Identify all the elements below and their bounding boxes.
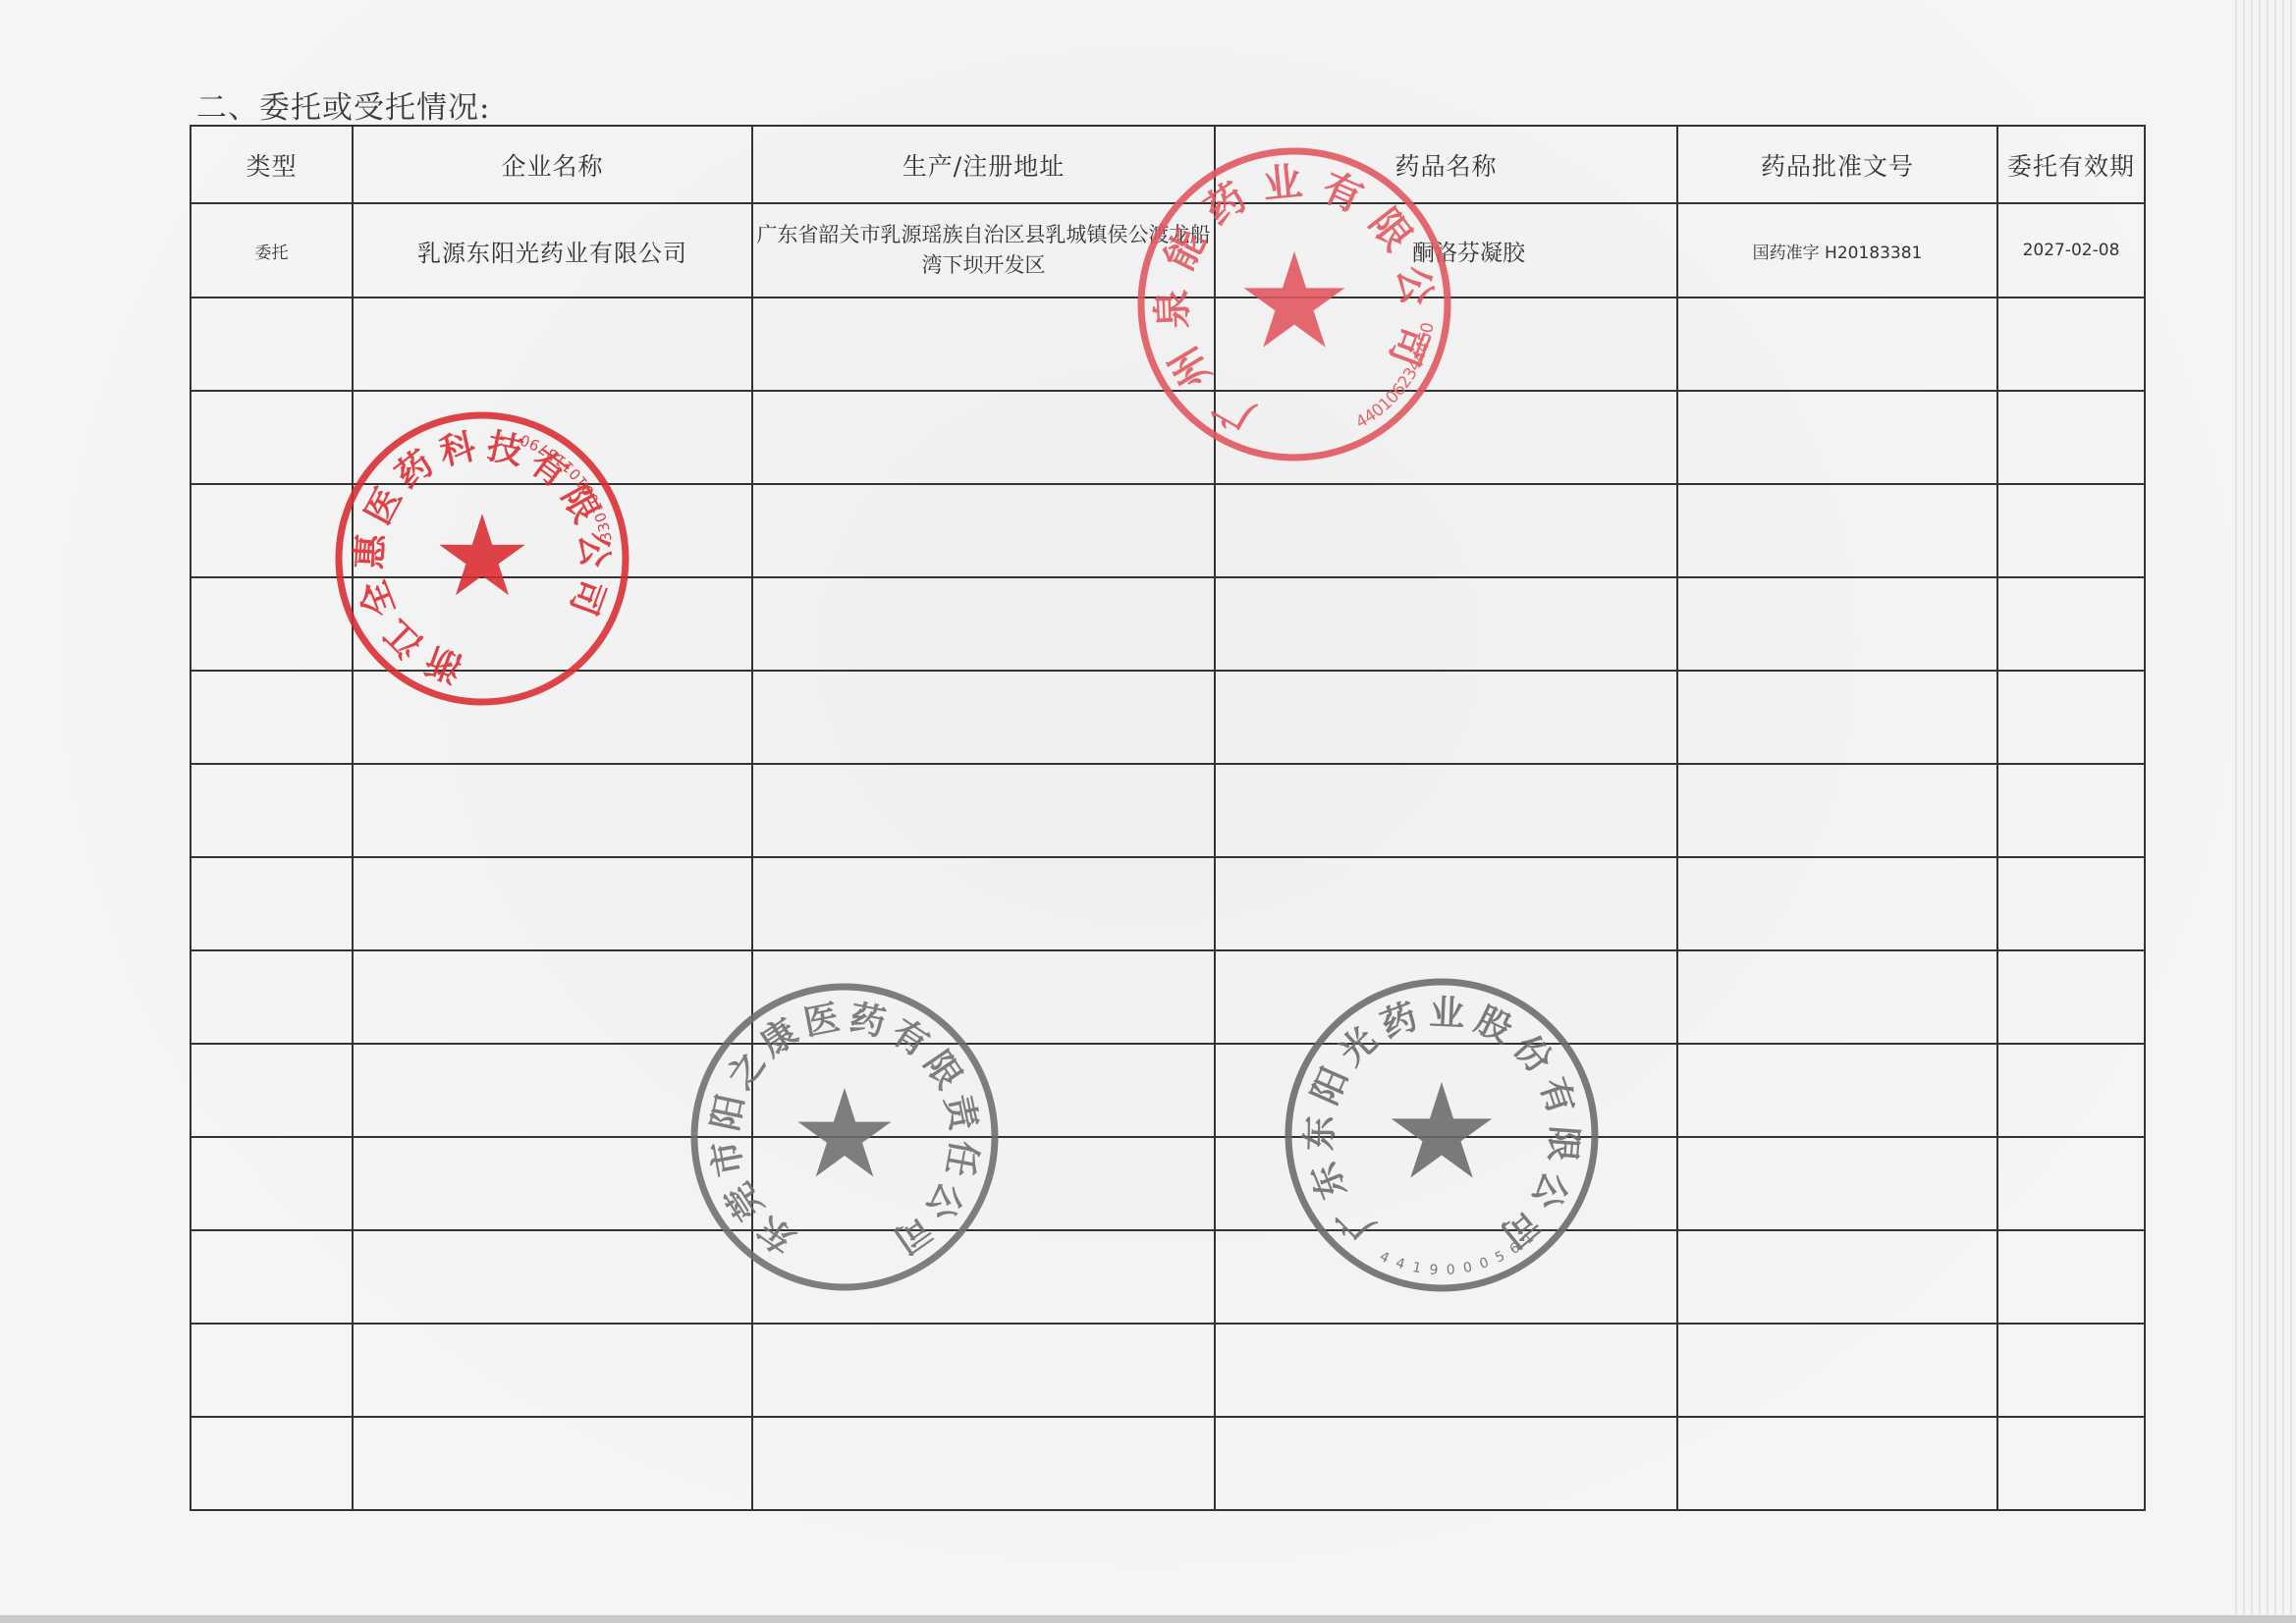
- table-row-empty: [191, 1230, 2145, 1324]
- empty-cell: [353, 1324, 752, 1417]
- cell-type: 委托: [191, 203, 353, 298]
- empty-cell: [1215, 577, 1677, 671]
- empty-cell: [1677, 1417, 1997, 1510]
- empty-cell: [1997, 764, 2145, 857]
- empty-cell: [191, 857, 353, 950]
- empty-cell: [752, 391, 1215, 484]
- empty-cell: [752, 577, 1215, 671]
- empty-cell: [1997, 1324, 2145, 1417]
- scan-artifact: [2229, 0, 2296, 1623]
- empty-cell: [1677, 484, 1997, 577]
- empty-cell: [1997, 671, 2145, 764]
- empty-cell: [752, 1044, 1215, 1137]
- empty-cell: [1215, 671, 1677, 764]
- empty-cell: [752, 1324, 1215, 1417]
- empty-cell: [353, 857, 752, 950]
- table-row-empty: [191, 391, 2145, 484]
- table-row-empty: [191, 1417, 2145, 1510]
- header-company: 企业名称: [353, 126, 752, 203]
- cell-validity: 2027-02-08: [1997, 203, 2145, 298]
- empty-cell: [1215, 484, 1677, 577]
- empty-cell: [1215, 1137, 1677, 1230]
- empty-cell: [752, 1230, 1215, 1324]
- empty-cell: [1997, 1044, 2145, 1137]
- empty-cell: [1677, 1230, 1997, 1324]
- empty-cell: [353, 1044, 752, 1137]
- empty-cell: [1677, 577, 1997, 671]
- table-row: 委托 乳源东阳光药业有限公司 广东省韶关市乳源瑶族自治区县乳城镇侯公渡龙船湾下坝…: [191, 203, 2145, 298]
- empty-cell: [1215, 857, 1677, 950]
- header-type: 类型: [191, 126, 353, 203]
- header-approval-no: 药品批准文号: [1677, 126, 1997, 203]
- empty-cell: [752, 1137, 1215, 1230]
- empty-cell: [191, 764, 353, 857]
- empty-cell: [353, 671, 752, 764]
- table-row-empty: [191, 764, 2145, 857]
- empty-cell: [191, 1137, 353, 1230]
- empty-cell: [1215, 1324, 1677, 1417]
- empty-cell: [1677, 764, 1997, 857]
- empty-cell: [191, 1230, 353, 1324]
- empty-cell: [1677, 298, 1997, 391]
- empty-cell: [752, 298, 1215, 391]
- empty-cell: [1997, 1230, 2145, 1324]
- table-row-empty: [191, 671, 2145, 764]
- empty-cell: [353, 1417, 752, 1510]
- empty-cell: [752, 764, 1215, 857]
- table-row-empty: [191, 1044, 2145, 1137]
- cell-drug-name: 酮洛芬凝胶: [1215, 203, 1677, 298]
- empty-cell: [1677, 391, 1997, 484]
- table-row-empty: [191, 484, 2145, 577]
- empty-cell: [752, 1417, 1215, 1510]
- cell-approval-no: 国药准字 H20183381: [1677, 203, 1997, 298]
- empty-cell: [1677, 671, 1997, 764]
- empty-cell: [1997, 298, 2145, 391]
- empty-cell: [353, 298, 752, 391]
- table-row-empty: [191, 1137, 2145, 1230]
- empty-cell: [191, 1044, 353, 1137]
- empty-cell: [1677, 1137, 1997, 1230]
- empty-cell: [353, 391, 752, 484]
- empty-cell: [191, 1324, 353, 1417]
- empty-cell: [353, 1137, 752, 1230]
- empty-cell: [1215, 950, 1677, 1044]
- empty-cell: [752, 950, 1215, 1044]
- empty-cell: [1997, 577, 2145, 671]
- cell-company: 乳源东阳光药业有限公司: [353, 203, 752, 298]
- table-row-empty: [191, 298, 2145, 391]
- table-row-empty: [191, 577, 2145, 671]
- empty-cell: [1997, 1417, 2145, 1510]
- empty-cell: [1215, 1044, 1677, 1137]
- page-edge: [0, 1615, 2296, 1623]
- header-address: 生产/注册地址: [752, 126, 1215, 203]
- table-row-empty: [191, 857, 2145, 950]
- entrustment-table: 类型 企业名称 生产/注册地址 药品名称 药品批准文号 委托有效期 委托 乳源东…: [190, 125, 2146, 1511]
- empty-cell: [1677, 857, 1997, 950]
- empty-cell: [1677, 1324, 1997, 1417]
- empty-cell: [353, 577, 752, 671]
- empty-cell: [752, 671, 1215, 764]
- empty-cell: [191, 391, 353, 484]
- empty-cell: [1215, 1230, 1677, 1324]
- empty-cell: [1215, 391, 1677, 484]
- header-validity: 委托有效期: [1997, 126, 2145, 203]
- empty-cell: [1997, 857, 2145, 950]
- empty-cell: [191, 484, 353, 577]
- empty-cell: [1677, 1044, 1997, 1137]
- cell-address: 广东省韶关市乳源瑶族自治区县乳城镇侯公渡龙船湾下坝开发区: [752, 203, 1215, 298]
- empty-cell: [1997, 391, 2145, 484]
- empty-cell: [191, 577, 353, 671]
- empty-cell: [191, 671, 353, 764]
- empty-cell: [1215, 764, 1677, 857]
- empty-cell: [752, 484, 1215, 577]
- empty-cell: [1997, 950, 2145, 1044]
- empty-cell: [1677, 950, 1997, 1044]
- empty-cell: [1997, 1137, 2145, 1230]
- empty-cell: [191, 298, 353, 391]
- empty-cell: [1215, 298, 1677, 391]
- table-header-row: 类型 企业名称 生产/注册地址 药品名称 药品批准文号 委托有效期: [191, 126, 2145, 203]
- header-drug-name: 药品名称: [1215, 126, 1677, 203]
- empty-cell: [353, 764, 752, 857]
- empty-cell: [191, 950, 353, 1044]
- empty-cell: [353, 950, 752, 1044]
- empty-cell: [1215, 1417, 1677, 1510]
- empty-cell: [1997, 484, 2145, 577]
- table-row-empty: [191, 1324, 2145, 1417]
- empty-cell: [353, 1230, 752, 1324]
- section-title: 二、委托或受托情况:: [196, 82, 490, 127]
- empty-cell: [752, 857, 1215, 950]
- empty-cell: [191, 1417, 353, 1510]
- table-row-empty: [191, 950, 2145, 1044]
- empty-cell: [353, 484, 752, 577]
